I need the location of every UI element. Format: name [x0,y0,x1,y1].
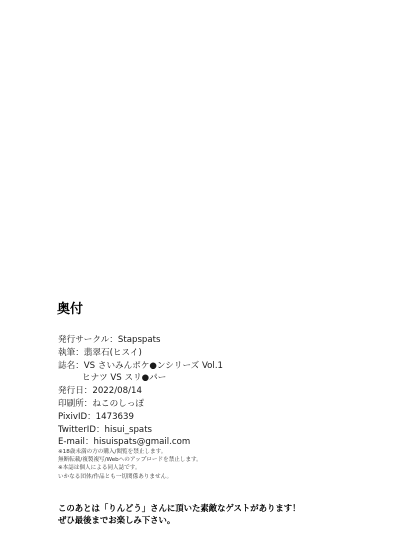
twitter-id-line: TwitterID：hisui_spats [58,424,223,437]
note-no-reproduction: 無断転載/複製複写/Webへのアップロードを禁止します。 [58,456,202,464]
author-line: 執筆：翡翠石(ヒスイ) [58,347,223,360]
note-age-restriction: ※18歳未満の方の購入/閲覧を禁止します。 [58,448,202,456]
closing-message: このあとは「りんどう」さんに頂いた素敵なゲストがあります！ ぜひ最後までお楽しみ… [58,503,301,526]
note-no-affiliation: いかなる団体/作品とも一切関係ありません。 [58,473,202,481]
colophon-info: 発行サークル：Stapspats 執筆：翡翠石(ヒスイ) 誌名：VS さいみんポ… [58,334,223,449]
disclaimer-notes: ※18歳未満の方の購入/閲覧を禁止します。 無断転載/複製複写/Webへのアップ… [58,448,202,481]
page-title: 奥付 [57,298,83,317]
note-doujinshi: ※本誌は個人による同人誌です。 [58,464,202,472]
book-subtitle-line: ヒナツ VS スリ●パー [58,372,223,385]
printer-line: 印刷所：ねこのしっぽ [58,398,223,411]
closing-line-2: ぜひ最後までお楽しみ下さい。 [58,515,301,527]
closing-line-1: このあとは「りんどう」さんに頂いた素敵なゲストがあります！ [58,503,301,515]
publish-date-line: 発行日：2022/08/14 [58,385,223,398]
book-title-line: 誌名：VS さいみんポケ●ンシリーズ Vol.1 [58,360,223,373]
circle-line: 発行サークル：Stapspats [58,334,223,347]
pixiv-id-line: PixivID：1473639 [58,411,223,424]
